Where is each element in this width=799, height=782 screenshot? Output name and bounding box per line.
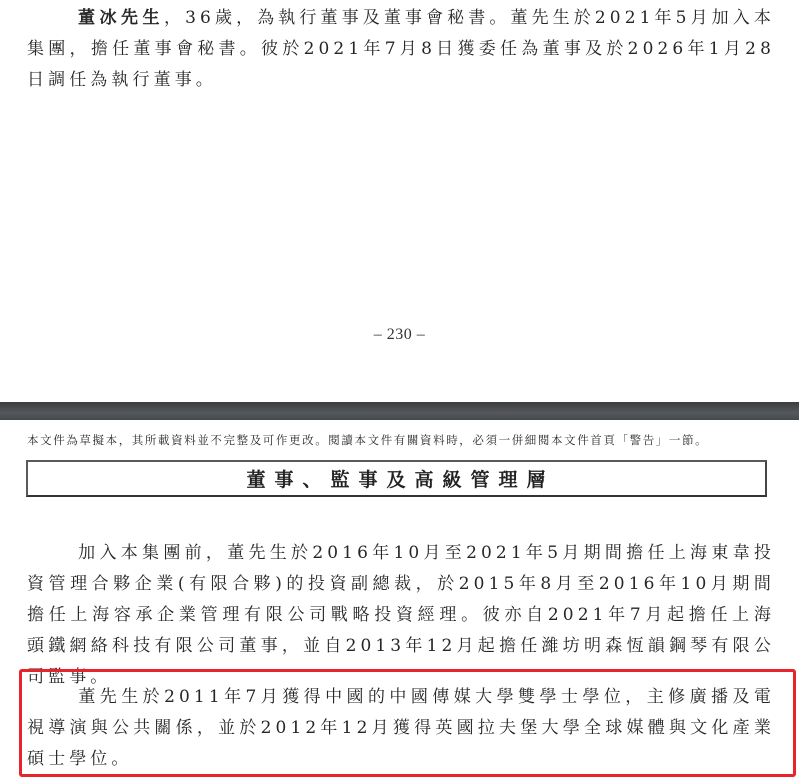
director-name: 董冰先生 bbox=[78, 8, 164, 28]
page-separator bbox=[0, 402, 799, 420]
document-page-230: 董冰先生，36歲，為執行董事及董事會秘書。董先生於2021年5月加入本集團，擔任… bbox=[0, 0, 799, 402]
draft-warning-header: 本文件為草擬本，其所載資料並不完整及可作更改。閱讀本文件有關資料時，必須一併細閱… bbox=[27, 432, 787, 448]
section-title: 董事、監事及高級管理層 bbox=[238, 465, 554, 492]
section-title-box: 董事、監事及高級管理層 bbox=[26, 460, 767, 497]
document-page-231: 本文件為草擬本，其所載資料並不完整及可作更改。閱讀本文件有關資料時，必須一併細閱… bbox=[0, 420, 799, 782]
page-number: – 230 – bbox=[0, 326, 799, 344]
education-text: 董先生於2011年7月獲得中國的中國傳媒大學雙學士學位，主修廣播及電視導演與公共… bbox=[27, 687, 775, 769]
education-paragraph: 董先生於2011年7月獲得中國的中國傳媒大學雙學士學位，主修廣播及電視導演與公共… bbox=[27, 682, 775, 775]
director-intro-paragraph: 董冰先生，36歲，為執行董事及董事會秘書。董先生於2021年5月加入本集團，擔任… bbox=[27, 3, 775, 96]
prior-experience-text: 加入本集團前，董先生於2016年10月至2021年5月期間擔任上海東韋投資管理合… bbox=[27, 543, 775, 687]
prior-experience-paragraph: 加入本集團前，董先生於2016年10月至2021年5月期間擔任上海東韋投資管理合… bbox=[27, 538, 775, 693]
